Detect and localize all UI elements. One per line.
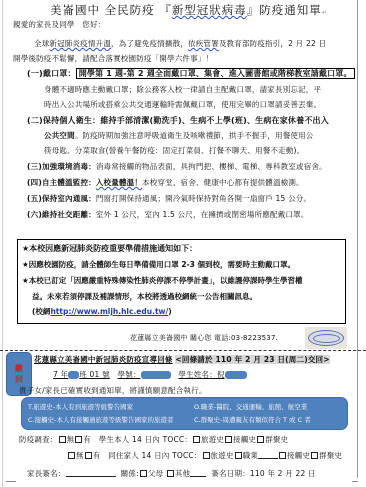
page-edge	[2, 0, 3, 487]
checkbox-student-travel[interactable]	[193, 436, 200, 443]
student-name-redacted	[225, 371, 247, 379]
item-mask-line-2: 時出入公共場所或搭乘公共交通運輸時需佩戴口罩，使用完畢的口罩請妥善丟棄。	[44, 100, 321, 110]
checkbox-student-cluster[interactable]	[257, 436, 264, 443]
mask-highlight: 開學第 1 週-第 2 週全面戴口罩、集會、進入圖書館或階梯教室請戴口罩。	[76, 68, 355, 79]
greeting: 親愛的家長及同學 您好：	[13, 20, 105, 30]
checkbox-family-yes[interactable]	[85, 452, 92, 459]
item-distance: (六)維持社交距離：室外 1 公尺，室內 1.5 公尺，在擁擠或閉密場所應配戴口…	[27, 210, 309, 220]
survey-row-student: 防疫調查：無有 學生本人 14 日內 TOCC：旅遊史接觸史群聚史	[19, 435, 288, 445]
school-website-link[interactable]: http://www.mljh.hlc.edu.tw/	[50, 307, 168, 316]
page-border-right	[357, 0, 358, 478]
item-ventilation: (五)保持室內通風：門窗打開保持通風；開冷氣時保持對角各開一扇窗戶 15 公分。	[27, 194, 311, 204]
notice-box: ★本校因應新冠肺炎防疫重要準備措施通知如下： ★因應校園防疫，請全體師生每日準備…	[17, 239, 346, 324]
checkbox-family-cluster[interactable]	[311, 452, 318, 459]
page-corner-mark	[6, 481, 16, 482]
document-page: 美崙國中 全民防疫 『新型冠狀病毒』防疫通知單↵ 親愛的家長及同學 您好： 全球…	[0, 0, 366, 487]
checkbox-yes[interactable]	[75, 436, 82, 443]
item-temperature: (四)自主體溫監控：入校量體溫！本校穿堂、宿舍、健康中心都有提供體溫檢測。	[27, 178, 304, 188]
page-corner-mark	[352, 481, 358, 482]
notice-line-1: ★本校因應新冠肺炎防疫重要準備措施通知如下：	[22, 244, 197, 254]
checkbox-student-contact[interactable]	[225, 436, 232, 443]
item-mask-line-1: 身體不適時應主動戴口罩；除公務客入校一律請自主配戴口罩，請家長別忘記，平	[44, 85, 321, 95]
item-hygiene: (二)保持個人衛生：維持手部清潔(勤洗手)、生病不上學(班)、生病在家休養不出入	[27, 116, 329, 126]
document-title: 美崙國中 全民防疫 『新型冠狀病毒』防疫通知單↵	[50, 3, 328, 20]
school-stamp	[305, 327, 347, 349]
signature: 花蓮縣立美崙國中 關心您 電話:03-8223537.	[130, 333, 278, 343]
checkbox-family-contact[interactable]	[279, 452, 286, 459]
survey-row-family: 無有 同住家人 14 日內 TOCC：旅遊史職業接觸史群聚史	[67, 451, 342, 461]
item-mask: (一)戴口罩：開學第 1 週-第 2 週全面戴口罩、集會、進入圖書館或階梯教室請…	[27, 69, 355, 79]
checkbox-family-travel[interactable]	[203, 452, 210, 459]
parent-signature-field[interactable]	[66, 469, 116, 477]
parent-signature-row: 家長簽名： 關係:父母 其他 簽名日期：110 年 2 月 22 日	[27, 469, 316, 479]
notice-line-5: (校網http://www.mljh.hlc.edu.tw/)	[32, 307, 172, 317]
intro-line-1: 全球新冠肺炎疫情升溫，為了避免疫情擴散，依疾管署及教育部防疫指引，2 月 22 …	[34, 39, 326, 49]
occupation-blank[interactable]	[258, 451, 278, 459]
class-redacted	[68, 371, 79, 379]
tocc-legend: T.旅遊史-本人有到旅遊等級警告國家 O.職業-醫院、交通運輸、旅館、航空業 C…	[21, 397, 348, 430]
checkbox-family-occupation[interactable]	[235, 452, 242, 459]
notice-line-2: ★因應校園防疫，請全體師生每日準備備用口罩 2-3 個到校，需要時主動戴口罩。	[22, 260, 295, 270]
checkbox-parent[interactable]	[140, 470, 147, 477]
student-info-row: 7 年班 01 號 學號： 學生姓名：倪	[53, 370, 247, 380]
intro-line-2: 開學後防疫不鬆懈，請配合落實校園防疫「開學六件事」！	[13, 54, 213, 64]
notice-line-4: 益。未來若須停課及補課情形，本校將透過校網統一公告相關訊息。	[32, 292, 257, 302]
acknowledgement: 貴子女/家長已確實收到通知單，將謹慎願意配合執行。	[19, 386, 207, 396]
item-disinfect: (三)加強環境消毒：消毒常接觸的物品表面，具拘門把、樓梯、電梯、專科教室或宿舍。	[27, 162, 327, 172]
item-hygiene-line-2: 筷母匙、分菜取食(營養午餐防疫：固定打菜員、打餐不聊天、用餐不走動)。	[44, 146, 304, 156]
notice-line-3: ★本校已訂定「因應嚴重特殊傳染性肺炎停課不停學計畫」，以維護停課時學生學習權	[22, 276, 302, 286]
checkbox-none[interactable]	[59, 436, 66, 443]
student-id-redacted	[141, 371, 171, 379]
item-hygiene-line-1: 公共空間。防疫時期加強注意呼吸道衛生及咳嗽禮節，拱手不握手，用餐使用公	[44, 131, 314, 141]
checkbox-other[interactable]	[167, 470, 174, 477]
cut-line	[0, 350, 366, 351]
reply-slip-heading: 花蓮縣立美崙國中新冠肺炎防疫宣導回條 <回條請於 110 年 2 月 23 日(…	[34, 355, 330, 365]
other-relation-blank[interactable]	[190, 469, 206, 477]
checkbox-family-none[interactable]	[68, 452, 75, 459]
